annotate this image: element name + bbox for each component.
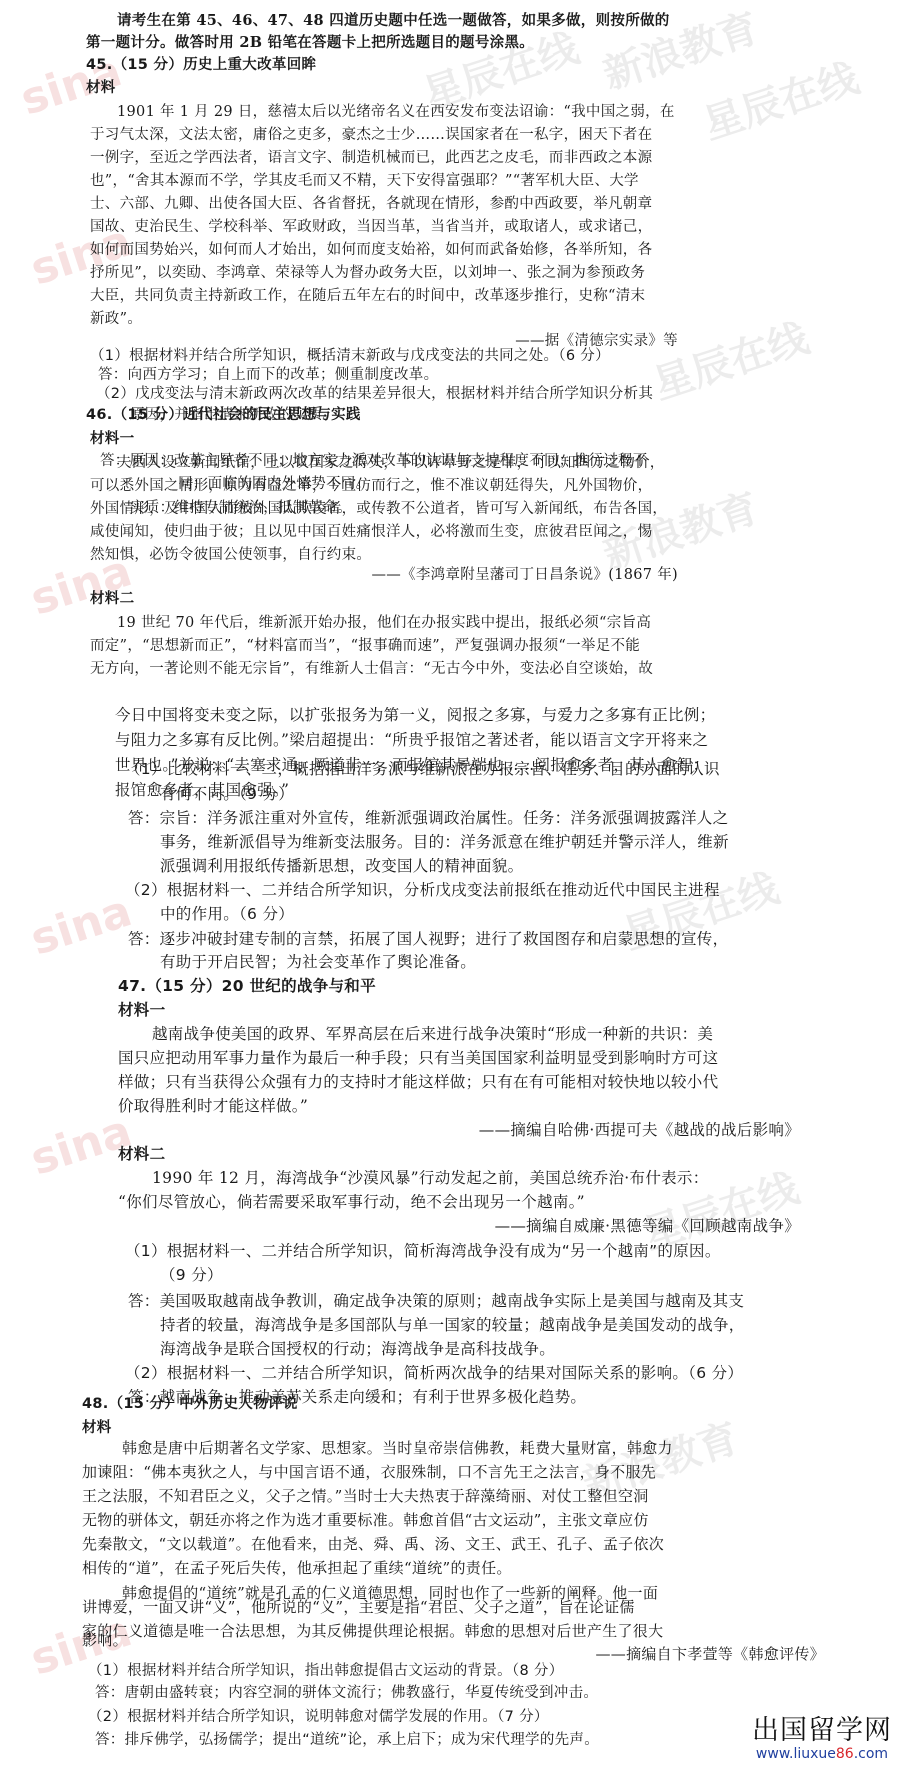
answer-text: 海湾战争是联合国授权的行动；海湾战争是高科技战争。 — [160, 1340, 555, 1359]
material-text: 一例字，至近之学西法者，语言文字、制造机械而已，此西艺之皮毛，而非西政之本源 — [90, 149, 652, 168]
sub-question: （2）根据材料一、二并结合所学知识，分析戊戌变法前报纸在推动近代中国民主进程 — [125, 881, 720, 900]
answer-text: 答：宗旨：洋务派注重对外宣传，维新派强调政治属性。任务：洋务派强调披露洋人之 — [128, 809, 728, 828]
answer-text: 持者的较量，海湾战争是多国部队与单一国家的较量；越南战争是美国发动的战争， — [160, 1316, 745, 1335]
material-text: 韩愈是唐中后期著名文学家、思想家。当时皇帝崇信佛教，耗费大量财富，韩愈力 — [122, 1439, 673, 1458]
source-citation: ——《李鸿章附呈藩司丁日昌条说》(1867 年) — [371, 566, 678, 585]
watermark-xcz: 星辰在线 — [695, 47, 865, 151]
material-text: 国只应把动用军事力量作为最后一种手段；只有当美国国家利益明显受到影响时方可这 — [118, 1049, 718, 1068]
material-text: 夫西人设立新闻纸馆，上以议国家之得失，下以评草野之是非，可以知四方之物价， — [117, 454, 665, 473]
source-citation: ——摘编自卞孝萱等《韩愈评传》 — [595, 1645, 825, 1664]
question-46-title: 46.（15 分）近代社会的民主思想与实践 — [86, 406, 361, 425]
material-text: 于习气太深，文法太密，庸俗之吏多，豪杰之士少……误国家者在一私字，困天下者在 — [90, 126, 652, 145]
material-label: 材料一 — [90, 430, 134, 449]
material-text: 外国情形，及中国人而被外国人欺凌者，或传教不公道者，皆可写入新闻纸，布告各国， — [90, 500, 667, 519]
material-text: 影响。 — [82, 1631, 128, 1650]
answer-text: 派强调利用报纸传播新思想，改变国人的精神面貌。 — [160, 857, 523, 876]
material-text: “你们尽管放心，倘若需要采取军事行动，绝不会出现另一个越南。” — [118, 1193, 585, 1212]
sub-question: （1）根据材料一、二并结合所学知识，简析海湾战争没有成为“另一个越南”的原因。 — [125, 1242, 721, 1261]
logo-url[interactable]: www.liuxue86.com — [752, 1746, 892, 1762]
sub-question: （1）根据材料并结合所学知识，指出韩愈提倡古文运动的背景。（8 分） — [88, 1662, 564, 1681]
material-text: 而定”，“思想新而正”，“材料富而当”，“报事确而速”，严复强调办报须“一举足不… — [90, 637, 640, 656]
material-text: 先秦散文，“文以载道”。在他看来，由尧、舜、禹、汤、文王、武王、孔子、孟子依次 — [82, 1535, 664, 1554]
watermark-xcz: 星辰在线 — [645, 307, 815, 411]
logo-name: 出国留学网 — [752, 1716, 892, 1746]
answer-text: 有助于开启民智；为社会变革作了舆论准备。 — [160, 953, 476, 972]
answer-text: 事务，维新派倡导为维新变法服务。目的：洋务派意在维护朝廷并警示洋人，维新 — [160, 833, 729, 852]
material-text: 新政”。 — [90, 310, 142, 329]
answer-text: 答：唐朝由盛转衰；内容空洞的骈体文流行；佛教盛行，华夏传统受到冲击。 — [95, 1684, 598, 1703]
sub-question: 有何不同。（9 分） — [160, 785, 294, 804]
material-text: 今日中国将变未变之际，以扩张报务为第一义，阅报之多寡，与爱力之多寡有正比例； — [115, 706, 715, 725]
material-text: 19 世纪 70 年代后，维新派开始办报，他们在办报实践中提出，报纸必须“宗旨高 — [117, 614, 651, 633]
material-text: 样做；只有当获得公众强有力的支持时才能这样做；只有在有可能相对较快地以较小代 — [118, 1073, 718, 1092]
material-text: 越南战争使美国的政界、军界高层在后来进行战争决策时“形成一种新的共识：美 — [152, 1025, 713, 1044]
material-label: 材料 — [82, 1419, 112, 1438]
source-citation: ——摘编自哈佛·西提可夫《越战的战后影响》 — [479, 1121, 800, 1140]
material-text: 如何而国势始兴，如何而人才始出，如何而度支始裕，如何而武备始修，各举所知，各 — [90, 241, 652, 260]
material-text: 无方向，一著论则不能无宗旨”，有维新人士倡言：“无古今中外，变法必自空谈始，故 — [90, 660, 653, 679]
material-label: 材料一 — [118, 1001, 165, 1020]
answer-text: 答：逐步冲破封建专制的言禁，拓展了国人视野；进行了救国图存和启蒙思想的宣传， — [128, 930, 728, 949]
sub-question: （1）比较材料一、二，概括指出洋务派与维新派在办报宗旨、任务、目的方面的认识 — [125, 760, 720, 779]
material-text: 也”，“舍其本源而不学，学其皮毛而又不精，天下安得富强耶？”“著军机大臣、大学 — [90, 172, 639, 191]
answer-text: 答：美国吸取越南战争教训，确定战争决策的原则；越南战争实际上是美国与越南及其支 — [128, 1292, 744, 1311]
material-text: 抒所见”，以奕劻、李鸿章、荣禄等人为督办政务大臣，以刘坤一、张之洞为参预政务 — [90, 264, 645, 283]
material-text: 然知惧，必饬令彼国公使领事，自行约束。 — [90, 546, 371, 565]
material-text: 咸使闻知，使归曲于彼；且以见中国百姓痛恨洋人，必将激而生变，庶彼君臣闻之，惕 — [90, 523, 652, 542]
answer-text: 答：向西方学习；自上而下的改革；侧重制度改革。 — [98, 366, 438, 385]
material-text: 士、六部、九卿、出使各国大臣、各省督抚，各就现在情形，参酌中西政要，举凡朝章 — [90, 195, 652, 214]
material-text: 1901 年 1 月 29 日，慈禧太后以光绪帝名义在西安发布变法诏谕：“我中国… — [117, 103, 675, 122]
material-label: 材料二 — [118, 1145, 165, 1164]
intro-line: 第一题计分。做答时用 2B 铅笔在答题卡上把所选题目的题号涂黑。 — [86, 33, 534, 52]
material-text: 王之法服，不知君臣之义，父子之情。”当时士大夫热衷于辞藻绮丽、对仗工整但空洞 — [82, 1487, 649, 1506]
material-text: 价取得胜利时才能这样做。” — [118, 1097, 308, 1116]
material-text: 相传的“道”，在孟子死后失传，他承担起了重续“道统”的责任。 — [82, 1559, 512, 1578]
sub-question: 中的作用。（6 分） — [160, 905, 294, 924]
sub-question: （2）戊戌变法与清末新政两次改革的结果差异很大，根据材料并结合所学知识分析其 — [96, 385, 653, 404]
material-label: 材料 — [86, 79, 116, 98]
material-text: 与阻力之多寡有反比例。”梁启超提出：“所贵乎报馆之著述者，能以语言文字开将来之 — [115, 731, 708, 750]
material-text: 可以悉外国之情形，原为有益之举，今宜仿而行之，惟不准议朝廷得失，凡外国物价， — [90, 477, 652, 496]
site-logo: 出国留学网 www.liuxue86.com — [752, 1716, 892, 1762]
question-45-title: 45.（15 分）历史上重大改革回眸 — [86, 56, 316, 75]
watermark-sina: sina — [25, 885, 138, 965]
material-text: 国故、吏治民生、学校科举、军政财政，当因当革，当省当并，或取诸人，或求诸己， — [90, 218, 652, 237]
sub-question: （2）根据材料并结合所学知识，说明韩愈对儒学发展的作用。（7 分） — [88, 1708, 549, 1727]
material-text: 大臣，共同负责主持新政工作，在随后五年左右的时间中，改革逐步推行，史称“清末 — [90, 287, 645, 306]
sub-question: （9 分） — [160, 1266, 223, 1285]
material-text: 1990 年 12 月，海湾战争“沙漠风暴”行动发起之前，美国总统乔治·布什表示… — [152, 1169, 709, 1188]
answer-text: 答：排斥佛学，弘扬儒学；提出“道统”论，承上启下；成为宋代理学的先声。 — [95, 1731, 599, 1750]
material-text: 家的仁义道德是唯一合法思想，为其反佛提供理论根据。韩愈的思想对后世产生了很大 — [82, 1622, 663, 1641]
material-text: 无物的骈体文，朝廷亦将之作为选才重要标准。韩愈首倡“古文运动”，主张文章应仿 — [82, 1511, 649, 1530]
sub-question: （1）根据材料并结合所学知识，概括清末新政与戊戌变法的共同之处。（6 分） — [90, 347, 610, 366]
material-label: 材料二 — [90, 590, 134, 609]
source-citation: ——摘编自威廉·黑德等编《回顾越南战争》 — [495, 1217, 800, 1236]
material-text: 讲博爱，一面又讲“义”，他所说的“义”，主要是指“君臣、父子之道”，旨在论证儒 — [82, 1598, 635, 1617]
material-text: 加谏阻：“佛本夷狄之人，与中国言语不通，衣服殊制，口不言先王之法言，身不服先 — [82, 1463, 656, 1482]
intro-line: 请考生在第 45、46、47、48 四道历史题中任选一题做答，如果多做，则按所做… — [117, 11, 670, 30]
question-48-title: 48.（15 分）中外历史人物评说 — [82, 1395, 298, 1414]
question-47-title: 47.（15 分）20 世纪的战争与和平 — [118, 977, 376, 996]
sub-question: （2）根据材料一、二并结合所学知识，简析两次战争的结果对国际关系的影响。（6 分… — [125, 1364, 743, 1383]
